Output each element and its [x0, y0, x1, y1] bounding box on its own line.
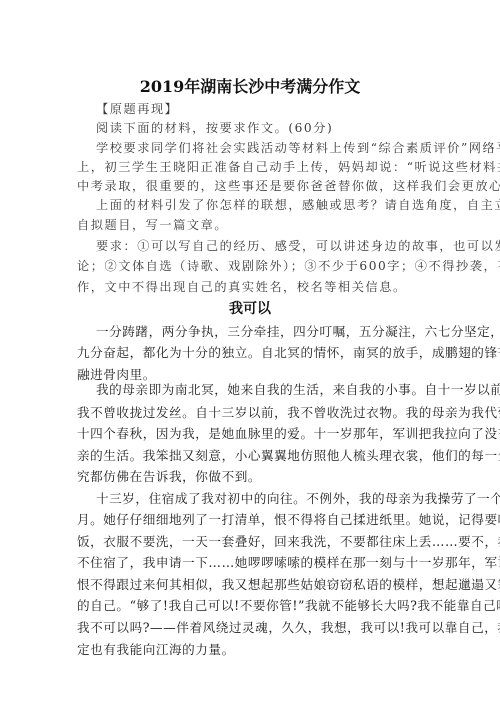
prompt-line: 作，文中不得出现自己的真实姓名，校名等相关信息。	[77, 279, 407, 295]
essay-line: 的自己。“够了!我自己可以!不要你管!”我就不能够长大吗?我不能靠自己吗?	[77, 598, 500, 614]
essay-line: 亲的生活。我笨拙又刻意，小心翼翼地仿照他人梳头理衣裳，他们的每一分探	[77, 448, 500, 464]
essay-line: 九分奋起，都化为十分的独立。自北冥的情怀，南冥的放手，成鹏翅的锋芒，	[77, 345, 500, 361]
essay-line: 十三岁，住宿成了我对初中的向往。不例外，我的母亲为我操劳了一个多	[96, 491, 500, 507]
essay-line: 融进骨肉里。	[77, 367, 156, 383]
prompt-line: 学校要求同学们将社会实践活动等材料上传到“综合素质评价”网络平台	[96, 140, 500, 156]
section-heading: 【原题再现】	[96, 101, 178, 117]
prompt-line: 上，初三学生王晓阳正准备自己动手上传，妈妈却说：“听说这些材料关系到	[77, 159, 500, 175]
essay-line: 定也有我能向江海的力量。	[77, 642, 235, 658]
essay-line: 我不可以吗?——伴着风绕过灵魂，久久，我想，我可以!我可以靠自己，我一	[77, 620, 500, 636]
essay-line: 不住宿了，我申请一下……她啰啰嗦嗦的模样在那一刻与十一岁那年，军训时	[77, 555, 500, 571]
essay-line: 十四个春秋，因为我，是她血脉里的爱。十一岁那年，军训把我拉向了没有母	[77, 426, 500, 442]
essay-line: 恨不得跟过来何其相似，我又想起那些姑娘窃窃私语的模样，想起邋遢又窘迫	[77, 577, 500, 593]
essay-line: 我的母亲即为南北冥，她来自我的生活，来自我的小事。自十一岁以前，	[96, 382, 500, 398]
essay-line: 我不曾收拢过发丝。自十三岁以前，我不曾收洗过衣物。我的母亲为我代劳了	[77, 405, 500, 421]
essay-line: 究都仿佛在告诉我，你做不到。	[77, 469, 261, 485]
prompt-line: 论；②文体自选（诗歌、戏剧除外）；③不少于600字；④不得抄袭，不要套	[77, 258, 500, 274]
essay-line: 月。她仔仔细细地列了一打清单，恨不得将自己揉进纸里。她说，记得要吃早	[77, 512, 500, 528]
prompt-line: 要求：①可以写自己的经历、感受，可以讲述身边的故事，也可以发表议	[96, 238, 500, 254]
prompt-line: 阅读下面的材料，按要求作文。(60分)	[96, 120, 333, 136]
prompt-line: 上面的材料引发了你怎样的联想，感触或思考？请自选角度，自主立意，	[96, 197, 500, 213]
essay-title: 我可以	[0, 300, 500, 318]
prompt-line: 中考录取，很重要的，这些事还是要你爸爸替你做，这样我们会更放心一些。”	[77, 178, 500, 194]
essay-line: 一分踌躇，两分争执，三分牵挂，四分叮嘱，五分凝注，六七分坚定，八	[96, 324, 500, 340]
document-page: 2019年湖南长沙中考满分作文 【原题再现】 阅读下面的材料，按要求作文。(60…	[0, 0, 500, 707]
prompt-line: 自拟题目，写一篇文章。	[77, 217, 228, 233]
document-title: 2019年湖南长沙中考满分作文	[0, 77, 500, 97]
essay-line: 饭，衣服不要洗，一天一套叠好，回来我洗，不要都往床上丢……要不，我们	[77, 534, 500, 550]
